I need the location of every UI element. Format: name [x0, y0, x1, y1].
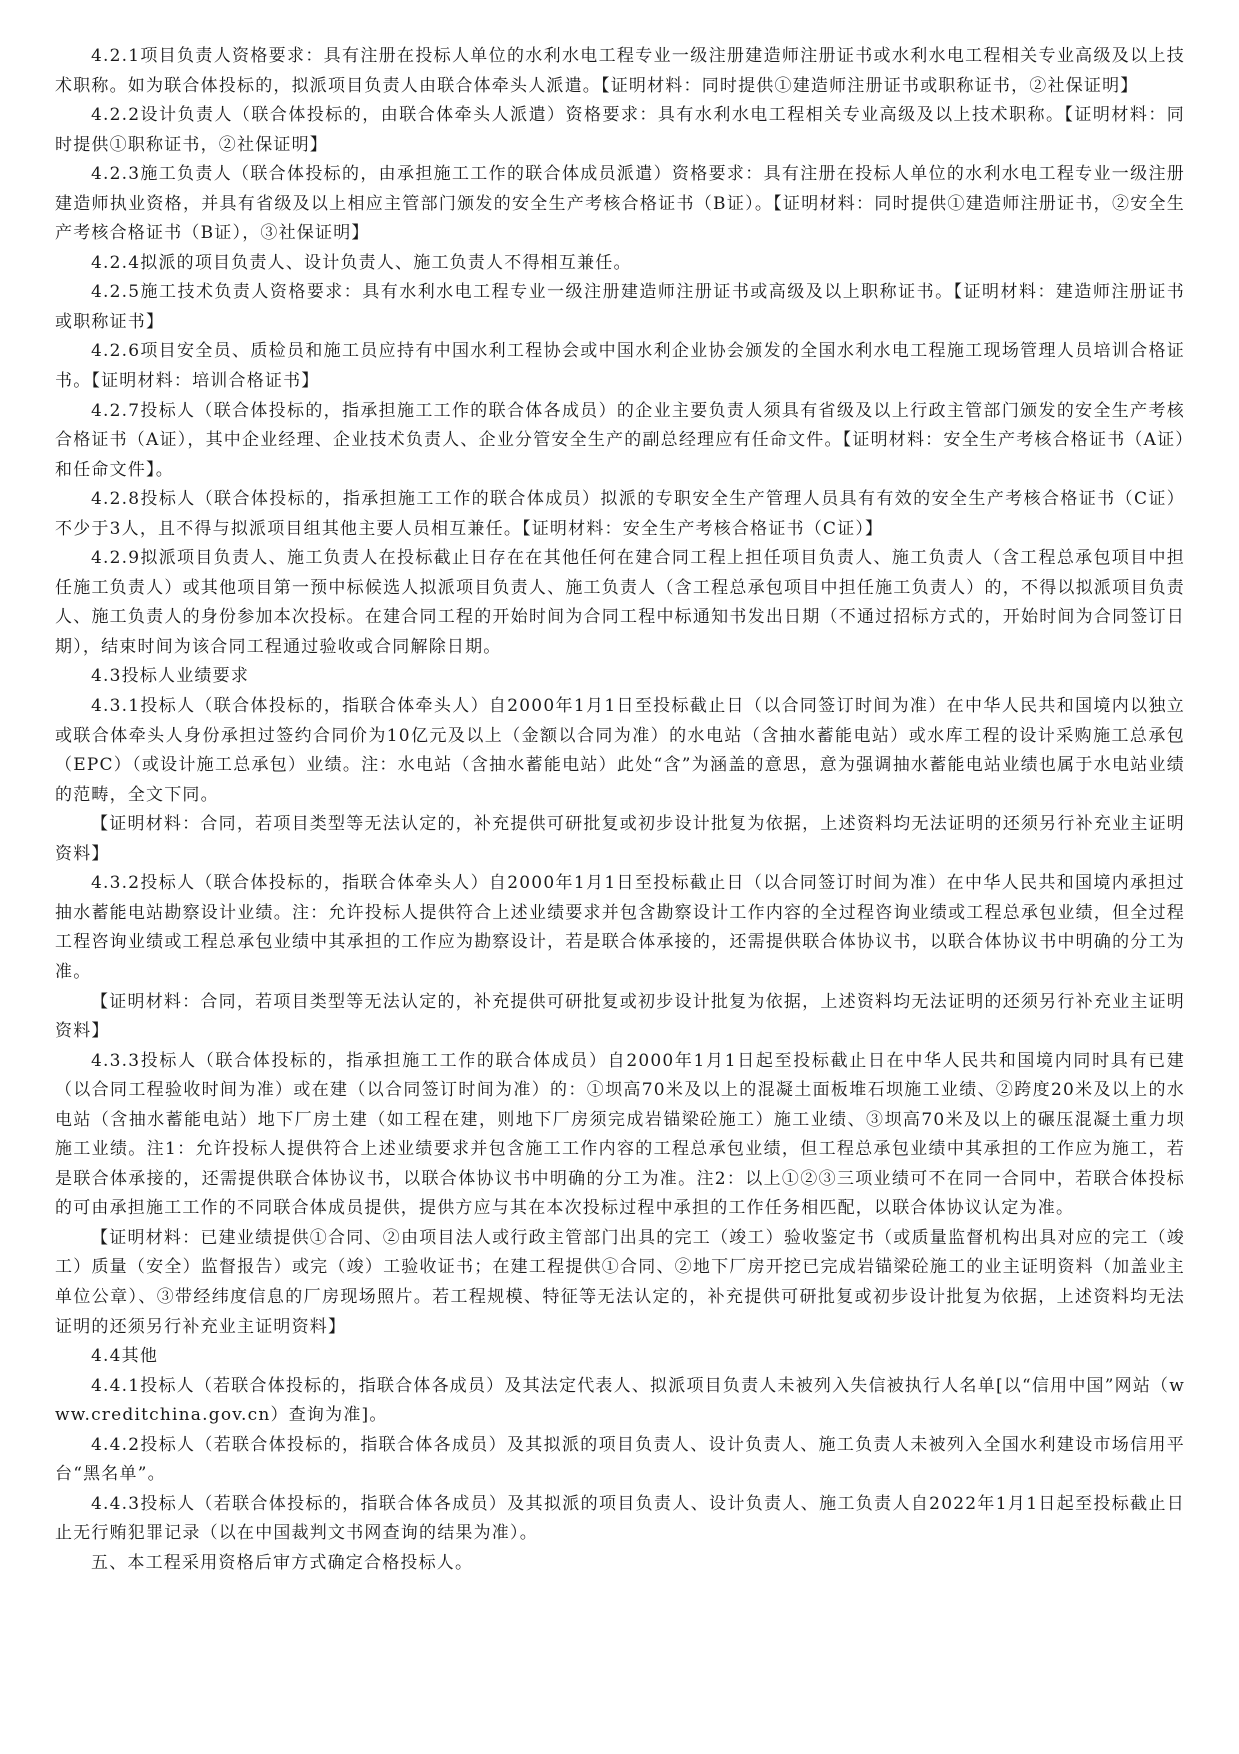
section-heading-4-3: 4.3投标人业绩要求 — [55, 662, 1185, 692]
proof-materials-4-3-3: 【证明材料：已建业绩提供①合同、②由项目法人或行政主管部门出具的完工（竣工）验收… — [55, 1224, 1185, 1342]
clause-4-2-5: 4.2.5施工技术负责人资格要求：具有水利水电工程专业一级注册建造师注册证书或高… — [55, 278, 1185, 337]
clause-4-2-3: 4.2.3施工负责人（联合体投标的，由承担施工工作的联合体成员派遣）资格要求：具… — [55, 160, 1185, 249]
clause-4-2-1: 4.2.1项目负责人资格要求：具有注册在投标人单位的水利水电工程专业一级注册建造… — [55, 42, 1185, 101]
document-page: 4.2.1项目负责人资格要求：具有注册在投标人单位的水利水电工程专业一级注册建造… — [55, 42, 1185, 1578]
clause-4-3-3: 4.3.3投标人（联合体投标的，指承担施工工作的联合体成员）自2000年1月1日… — [55, 1047, 1185, 1224]
proof-materials-4-3-2: 【证明材料：合同，若项目类型等无法认定的，补充提供可研批复或初步设计批复为依据，… — [55, 988, 1185, 1047]
clause-4-2-2: 4.2.2设计负责人（联合体投标的，由联合体牵头人派遣）资格要求：具有水利水电工… — [55, 101, 1185, 160]
clause-4-2-7: 4.2.7投标人（联合体投标的，指承担施工工作的联合体各成员）的企业主要负责人须… — [55, 397, 1185, 486]
clause-4-2-9: 4.2.9拟派项目负责人、施工负责人在投标截止日存在在其他任何在建合同工程上担任… — [55, 544, 1185, 662]
clause-4-4-1: 4.4.1投标人（若联合体投标的，指联合体各成员）及其法定代表人、拟派项目负责人… — [55, 1372, 1185, 1431]
clause-4-4-3: 4.4.3投标人（若联合体投标的，指联合体各成员）及其拟派的项目负责人、设计负责… — [55, 1490, 1185, 1549]
proof-materials-4-3-1: 【证明材料：合同，若项目类型等无法认定的，补充提供可研批复或初步设计批复为依据，… — [55, 810, 1185, 869]
clause-4-3-2: 4.3.2投标人（联合体投标的，指联合体牵头人）自2000年1月1日至投标截止日… — [55, 869, 1185, 987]
clause-4-2-4: 4.2.4拟派的项目负责人、设计负责人、施工负责人不得相互兼任。 — [55, 249, 1185, 279]
clause-4-2-8: 4.2.8投标人（联合体投标的，指承担施工工作的联合体成员）拟派的专职安全生产管… — [55, 485, 1185, 544]
clause-4-4-2: 4.4.2投标人（若联合体投标的，指联合体各成员）及其拟派的项目负责人、设计负责… — [55, 1431, 1185, 1490]
section-5-statement: 五、本工程采用资格后审方式确定合格投标人。 — [55, 1549, 1185, 1579]
clause-4-2-6: 4.2.6项目安全员、质检员和施工员应持有中国水利工程协会或中国水利企业协会颁发… — [55, 337, 1185, 396]
section-heading-4-4: 4.4其他 — [55, 1342, 1185, 1372]
clause-4-3-1: 4.3.1投标人（联合体投标的，指联合体牵头人）自2000年1月1日至投标截止日… — [55, 692, 1185, 810]
